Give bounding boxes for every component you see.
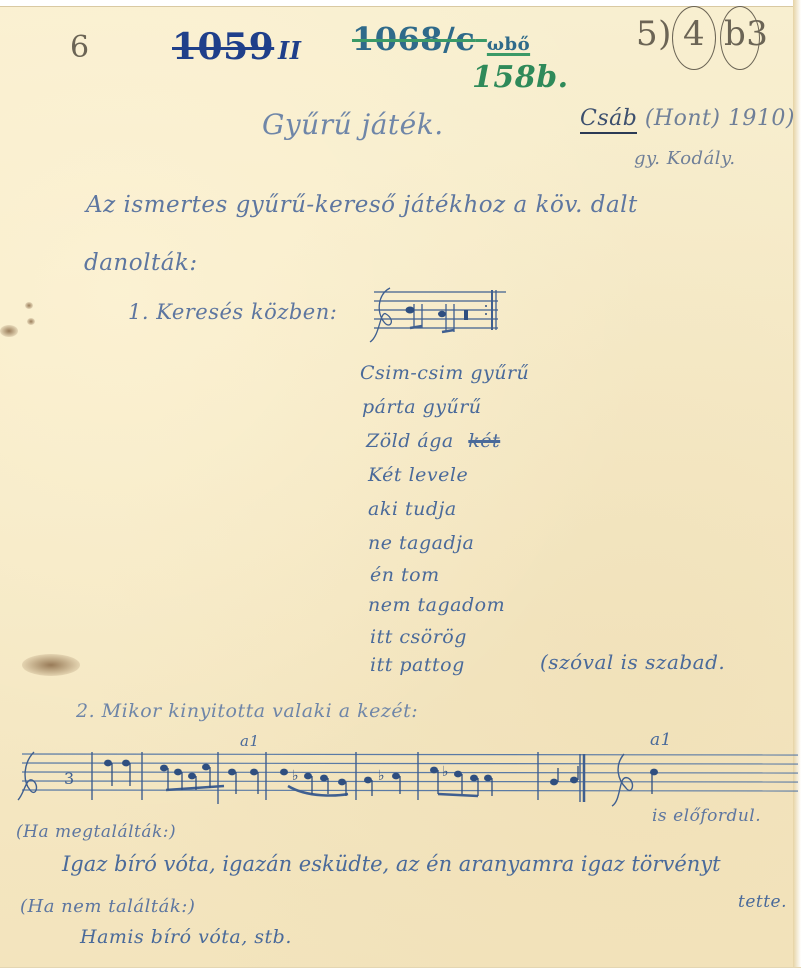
collector: gy. Kodály. xyxy=(634,148,736,169)
svg-text:3: 3 xyxy=(64,769,74,788)
section-1-label: 1. Keresés közben: xyxy=(128,300,337,324)
lyric-line: itt csörög xyxy=(370,626,467,648)
location-year: 1910) xyxy=(728,106,795,131)
reference-number-1: 5) xyxy=(636,14,672,54)
catalog-number-crossed: 1059 xyxy=(172,26,274,68)
svg-text:♭: ♭ xyxy=(442,764,449,780)
catalog-roman: II xyxy=(278,36,301,65)
staff-annotation: a1 xyxy=(650,730,672,750)
if-not-found-label: (Ha nem találták:) xyxy=(20,896,195,917)
variant-note: is előfordul. xyxy=(652,806,761,826)
catalog-number-crossed-green: 1068/c ωbő xyxy=(352,20,530,58)
intro-line-1: Az ismertes gyűrű-kereső játékhoz a köv.… xyxy=(86,192,638,218)
side-note: (szóval is szabad. xyxy=(540,650,725,674)
music-staff-small xyxy=(366,284,506,348)
lyric-text: Zöld ága xyxy=(366,430,454,452)
lyric-line: ne tagadja xyxy=(368,532,474,554)
location: Csáb (Hont) 1910) xyxy=(580,106,795,131)
scan-edge-bottom xyxy=(0,967,801,974)
song-title: Gyűrű játék. xyxy=(262,108,444,141)
staff-annotation: a1 xyxy=(240,732,260,750)
lyric-line: én tom xyxy=(370,564,440,586)
page-number: 6 xyxy=(70,30,90,65)
lyric-line: aki tudja xyxy=(368,498,457,520)
catalog-crossed-value: 1068/c xyxy=(352,20,475,58)
lyric-line: Két levele xyxy=(368,464,468,486)
crossed-word: két xyxy=(468,430,500,452)
lyric-line: nem tagadom xyxy=(368,594,505,616)
svg-text:♭: ♭ xyxy=(292,768,299,784)
reference-number-3: b3 xyxy=(724,14,768,54)
if-found-text-end: tette. xyxy=(738,892,787,912)
lyric-line: itt pattog xyxy=(370,654,465,676)
reference-number-2: 4 xyxy=(683,14,705,54)
svg-text:♭: ♭ xyxy=(378,768,385,784)
catalog-suffix: ωbő xyxy=(487,34,530,55)
stain-spot xyxy=(27,318,35,325)
catalog-number-green: 158b. xyxy=(472,60,569,95)
scan-edge-right xyxy=(793,0,801,974)
location-name: Csáb xyxy=(580,106,637,134)
if-not-found-text: Hamis bíró vóta, stb. xyxy=(80,926,292,948)
scan-edge-top xyxy=(0,0,801,7)
stain-spot xyxy=(0,325,18,337)
section-2-label: 2. Mikor kinyitotta valaki a kezét: xyxy=(76,700,418,722)
if-found-label: (Ha megtalálták:) xyxy=(16,822,176,842)
stain-blot xyxy=(22,654,80,676)
music-staff-main: 3 ♭ xyxy=(18,750,801,810)
manuscript-page: 6 1059 II 1068/c ωbő 158b. 5) 4 b3 Gyűrű… xyxy=(0,0,801,974)
lyric-line: Csim-csim gyűrű xyxy=(360,362,529,384)
if-found-text: Igaz bíró vóta, igazán esküdte, az én ar… xyxy=(62,852,721,876)
lyric-line: párta gyűrű xyxy=(362,396,482,418)
lyric-line: Zöld ága két xyxy=(366,430,500,452)
location-region: (Hont) xyxy=(645,106,721,131)
intro-line-2: danolták: xyxy=(84,250,198,276)
stain-spot xyxy=(25,302,33,309)
